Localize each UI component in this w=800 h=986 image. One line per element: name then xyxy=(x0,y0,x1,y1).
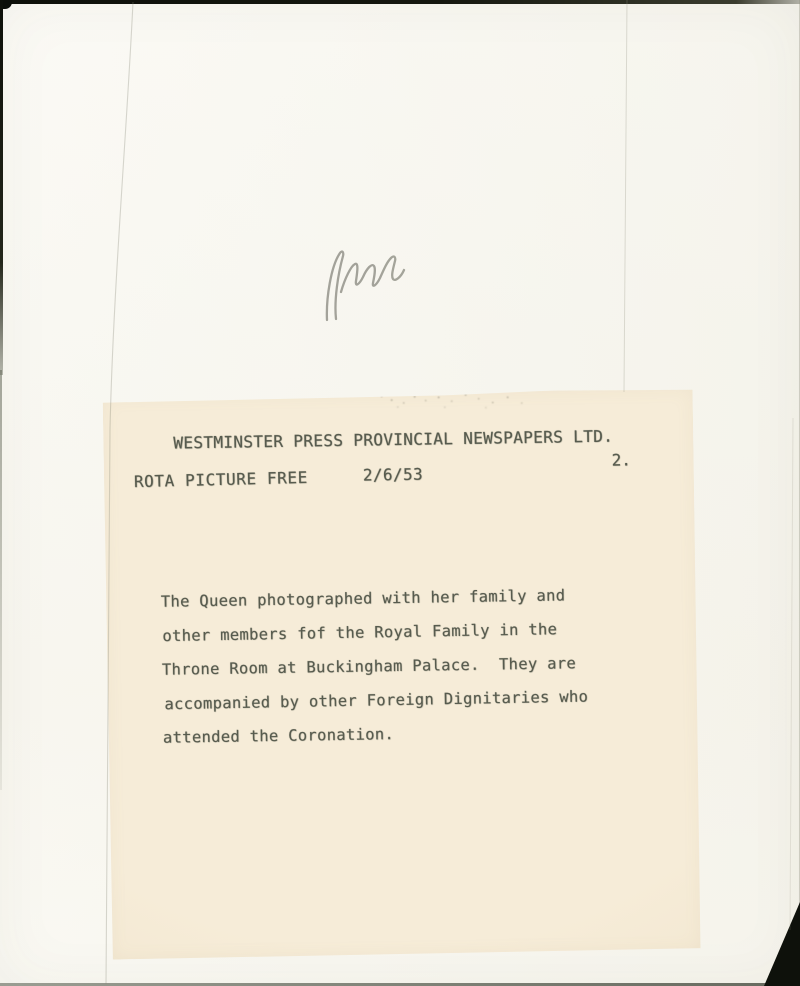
vertical-crease-far-right xyxy=(790,418,793,930)
press-company-name: WESTMINSTER PRESS PROVINCIAL NEWSPAPERS … xyxy=(173,427,613,453)
pencil-scribble xyxy=(327,252,404,320)
date-stamp: 2/6/53 xyxy=(363,465,423,485)
photo-edge-top xyxy=(0,0,800,4)
photo-edge-left xyxy=(0,0,3,375)
scanned-photo-back: WESTMINSTER PRESS PROVINCIAL NEWSPAPERS … xyxy=(0,0,800,986)
vertical-crease-right-top xyxy=(624,0,627,392)
caption-text-block: The Queen photographed with her family a… xyxy=(161,578,587,755)
caption-sheet: WESTMINSTER PRESS PROVINCIAL NEWSPAPERS … xyxy=(103,388,702,959)
rota-picture-free-label: ROTA PICTURE FREE xyxy=(134,468,308,491)
page-number: 2. xyxy=(612,450,632,469)
photo-edge-left-faint xyxy=(0,370,2,790)
pencil-smudge xyxy=(381,395,383,397)
caption-line: attended the Coronation. xyxy=(163,714,587,755)
photo-corner-shadow-bottom-right xyxy=(764,902,800,986)
